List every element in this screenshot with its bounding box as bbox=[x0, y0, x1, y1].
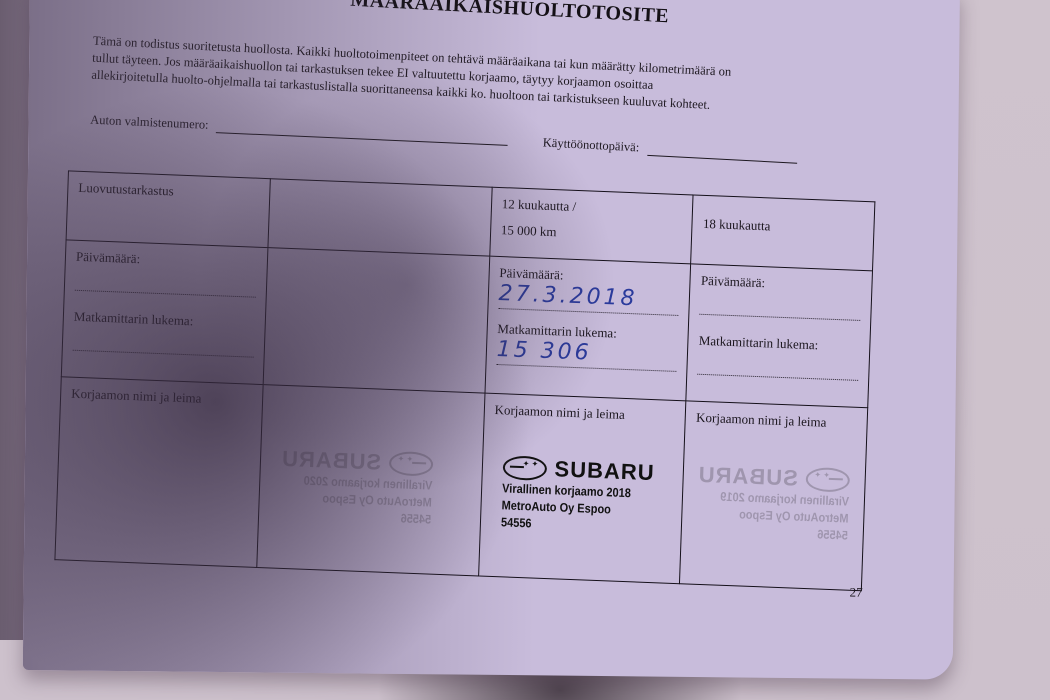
page-title: MÄÄRÄAIKAISHUOLTOTOSITE bbox=[329, 0, 690, 29]
header-cell-delivery: Luovutustarkastus bbox=[66, 171, 270, 248]
date-input-line[interactable] bbox=[75, 289, 256, 298]
date-input-line[interactable] bbox=[700, 313, 861, 321]
vin-input-line[interactable] bbox=[216, 118, 508, 146]
page-number: 27 bbox=[849, 585, 862, 601]
subaru-logo-icon bbox=[388, 451, 433, 477]
workshop-cell-delivery: Korjaamon nimi ja leima bbox=[55, 377, 263, 567]
commission-date-field: Käyttöönottopäivä: bbox=[542, 131, 797, 163]
vin-label: Auton valmistenumero: bbox=[90, 113, 209, 132]
header-cell-18-months: 18 kuukautta bbox=[691, 195, 875, 271]
workshop-cell-blank: SUBARU Virallinen korjaamo 2020 MetroAut… bbox=[257, 385, 485, 576]
commission-date-label: Käyttöönottopäivä: bbox=[543, 135, 640, 154]
readings-cell-delivery: Päivämäärä: Matkamittarin lukema: bbox=[61, 240, 267, 385]
header-cell-12-months: 12 kuukautta / 15 000 km bbox=[489, 187, 693, 264]
workshop-cell-18-months: Korjaamon nimi ja leima SUBARU Viralline… bbox=[680, 401, 868, 591]
intro-paragraph: Tämä on todistus suoritetusta huollosta.… bbox=[91, 33, 893, 123]
vin-field: Auton valmistenumero: bbox=[90, 113, 509, 146]
service-booklet-page: MÄÄRÄAIKAISHUOLTOTOSITE Tämä on todistus… bbox=[23, 0, 960, 680]
service-table: Luovutustarkastus 12 kuukautta / 15 000 … bbox=[54, 170, 875, 591]
commission-date-input-line[interactable] bbox=[647, 137, 798, 164]
readings-cell-18-months: Päivämäärä: Matkamittarin lukema: bbox=[686, 264, 872, 408]
workshop-stamp: SUBARU Virallinen korjaamo 2018 MetroAut… bbox=[500, 455, 655, 538]
ghost-stamp: SUBARU Virallinen korjaamo 2020 MetroAut… bbox=[279, 446, 434, 529]
odometer-input-line[interactable] bbox=[698, 373, 859, 381]
readings-cell-12-months: Päivämäärä: 27.3.2018 Matkamittarin luke… bbox=[485, 256, 691, 401]
workshop-cell-12-months: Korjaamon nimi ja leima SUBARU Viralline… bbox=[478, 393, 686, 583]
readings-cell-blank bbox=[263, 248, 490, 393]
ghost-stamp: SUBARU Virallinen korjaamo 2019 MetroAut… bbox=[696, 462, 851, 545]
subaru-logo-icon bbox=[502, 456, 547, 482]
odometer-input-line[interactable] bbox=[73, 349, 254, 358]
header-cell-blank bbox=[268, 179, 492, 257]
subaru-logo-icon bbox=[806, 467, 851, 493]
